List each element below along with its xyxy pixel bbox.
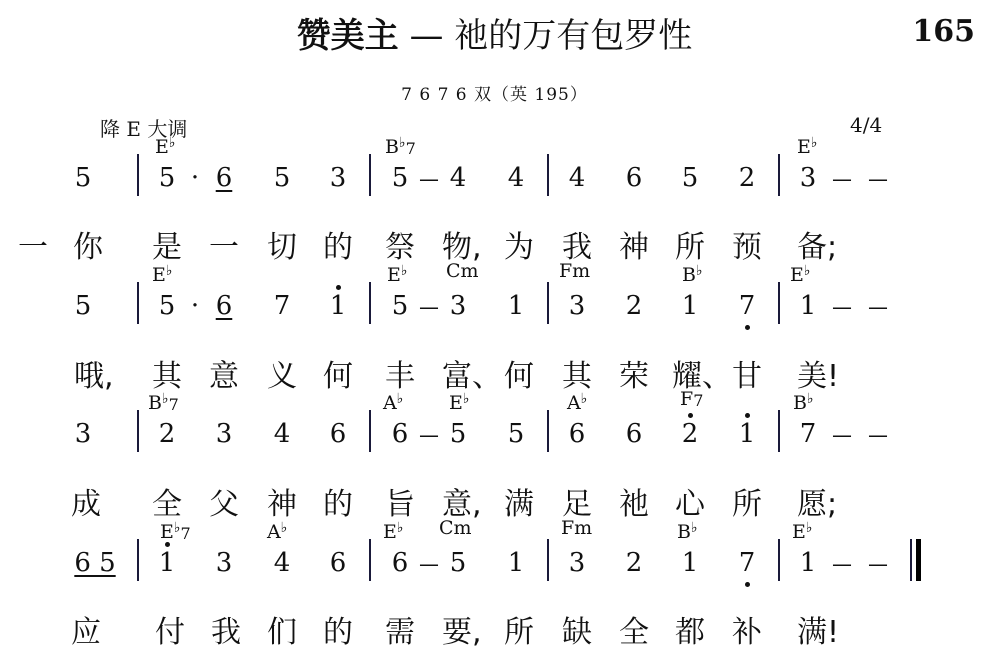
chord-root: E <box>160 521 174 543</box>
lyric-syllable: 的 <box>320 230 356 266</box>
jianpu-note: 3 <box>323 163 353 193</box>
flat-icon: ♭ <box>169 135 176 151</box>
jianpu-note: 7 <box>793 419 823 449</box>
flat-icon: ♭ <box>581 391 588 407</box>
note-value: 5 <box>274 163 291 193</box>
barline <box>547 282 549 324</box>
jianpu-note: 1 <box>793 548 823 578</box>
jianpu-note: 3 <box>209 419 239 449</box>
note-value: 3 <box>330 163 347 193</box>
jianpu-note: 6 <box>385 419 415 449</box>
hymn-title-subtitle: — 祂的万有包罗性 <box>399 16 693 56</box>
barline <box>369 282 371 324</box>
note-value: 3 <box>75 419 92 449</box>
lyric-syllable: 义 <box>264 359 300 395</box>
lyric-syllable: 应 <box>68 615 104 651</box>
flat-icon: ♭ <box>806 520 813 536</box>
note-value: 4 <box>450 163 467 193</box>
chord-extension: 7 <box>169 395 179 414</box>
lyric-syllable: 补 <box>729 615 765 651</box>
barline <box>137 410 139 452</box>
dotted-rhythm: · <box>180 291 210 321</box>
jianpu-note: 5 <box>675 163 705 193</box>
jianpu-note: 4 <box>501 163 531 193</box>
note-value: 5 <box>75 291 92 321</box>
note-extension-dash: — <box>414 548 444 579</box>
note-value: 7 <box>800 419 817 449</box>
jianpu-note: 5 <box>385 291 415 321</box>
jianpu-note: 5 <box>68 163 98 193</box>
note-value: 4 <box>569 163 586 193</box>
lyric-syllable: 为 <box>501 230 537 266</box>
note-value: 2 <box>626 291 643 321</box>
note-value: — <box>419 167 439 191</box>
hymn-title: 赞美主 — 祂的万有包罗性 <box>0 14 989 58</box>
chord-symbol: E♭ <box>383 517 403 543</box>
lyric-syllable: 全 <box>616 615 652 651</box>
note-value: — <box>419 423 439 447</box>
note-value: · <box>191 291 199 321</box>
note-value: 4 <box>274 548 291 578</box>
jianpu-note: 1 <box>732 419 762 449</box>
chord-symbol: E♭ <box>797 132 817 158</box>
jianpu-note: 6 <box>209 163 239 193</box>
jianpu-note: 5 <box>68 291 98 321</box>
jianpu-note: 3 <box>793 163 823 193</box>
note-value: 6 <box>626 419 643 449</box>
jianpu-note: 5 <box>385 163 415 193</box>
note-value: 3 <box>569 548 586 578</box>
jianpu-note: 5 <box>501 419 531 449</box>
jianpu-note: 7 <box>732 291 762 321</box>
jianpu-note: 6 <box>209 291 239 321</box>
note-value: 1 <box>739 419 756 449</box>
note-value: 1 <box>800 291 817 321</box>
chord-symbol: F7 <box>680 388 703 412</box>
chord-symbol: B♭ <box>677 517 698 543</box>
lyric-syllable: 你 <box>70 230 106 266</box>
jianpu-note: 6 <box>385 548 415 578</box>
note-value: 2 <box>159 419 176 449</box>
chord-root: E <box>797 136 811 158</box>
note-value: 5 <box>450 419 467 449</box>
note-value: 1 <box>508 548 525 578</box>
time-signature: 4/4 <box>850 113 882 137</box>
chord-root: Cm <box>446 260 479 282</box>
jianpu-note: 4 <box>443 163 473 193</box>
note-extension-dash: — <box>414 291 444 322</box>
jianpu-note: 4 <box>267 419 297 449</box>
chord-extension: 7 <box>180 524 190 543</box>
note-value: 4 <box>508 163 525 193</box>
chord-root: E <box>790 264 804 286</box>
flat-icon: ♭ <box>399 135 406 151</box>
octave-up-dot <box>745 413 750 418</box>
note-value: 6 <box>626 163 643 193</box>
lyric-syllable: 父 <box>206 487 242 523</box>
meter-info: 7 6 7 6 双（英 195） <box>0 80 989 105</box>
lyric-syllable: 都 <box>672 615 708 651</box>
octave-up-dot <box>688 413 693 418</box>
flat-icon: ♭ <box>166 263 173 279</box>
chord-symbol: A♭ <box>383 388 403 414</box>
chord-symbol: E♭ <box>152 260 172 286</box>
note-value: 4 <box>274 419 291 449</box>
lyric-syllable: 们 <box>264 615 300 651</box>
chord-root: A <box>567 392 581 414</box>
note-extension-dash: — <box>827 548 857 579</box>
lyric-syllable: 何 <box>501 359 537 395</box>
note-extension-dash: — <box>414 419 444 450</box>
jianpu-note: 1 <box>675 548 705 578</box>
chord-root: E <box>152 264 166 286</box>
note-value: — <box>419 552 439 576</box>
chord-root: F <box>680 388 693 410</box>
note-extension-dash: — <box>827 291 857 322</box>
jianpu-note: 7 <box>267 291 297 321</box>
chord-symbol: A♭ <box>267 517 287 543</box>
jianpu-note: 1 <box>152 548 182 578</box>
note-value: 1 <box>508 291 525 321</box>
flat-icon: ♭ <box>397 520 404 536</box>
chord-symbol: E♭ <box>387 260 407 286</box>
lyric-syllable: 神 <box>616 230 652 266</box>
chord-symbol: Cm <box>446 260 479 282</box>
note-extension-dash: — <box>863 291 893 322</box>
flat-icon: ♭ <box>281 520 288 536</box>
lyric-syllable: 我 <box>208 615 244 651</box>
chord-symbol: A♭ <box>567 388 587 414</box>
lyric-syllable: 一 <box>15 230 51 266</box>
jianpu-note: 2 <box>675 419 705 449</box>
note-extension-dash: — <box>863 419 893 450</box>
chord-symbol: B♭7 <box>385 132 416 160</box>
chord-symbol: E♭ <box>790 260 810 286</box>
note-value: 1 <box>682 548 699 578</box>
lyric-syllable: 需 <box>382 615 418 651</box>
note-value: — <box>832 552 852 576</box>
note-value: 6 <box>392 548 409 578</box>
hymn-title-main: 赞美主 <box>297 16 399 56</box>
jianpu-note: 6 <box>619 419 649 449</box>
note-value: 7 <box>739 548 756 578</box>
lyric-syllable: 付 <box>152 615 188 651</box>
note-value: 1 <box>330 291 347 321</box>
jianpu-note: 2 <box>619 548 649 578</box>
lyric-syllable: 何 <box>320 359 356 395</box>
lyric-syllable: 满 <box>501 487 537 523</box>
chord-symbol: E♭7 <box>160 517 191 545</box>
chord-symbol: B♭ <box>682 260 703 286</box>
jianpu-note: 1 <box>675 291 705 321</box>
note-value: 1 <box>800 548 817 578</box>
barline <box>137 282 139 324</box>
jianpu-note: 6 <box>323 548 353 578</box>
note-value: 5 <box>682 163 699 193</box>
note-value: 7 <box>274 291 291 321</box>
barline <box>369 154 371 196</box>
note-value: · <box>191 163 199 193</box>
note-value: 6 <box>216 163 233 193</box>
flat-icon: ♭ <box>696 263 703 279</box>
note-value: 5 <box>392 291 409 321</box>
note-value: 7 <box>739 291 756 321</box>
barline <box>369 539 371 581</box>
note-value: 6 <box>330 548 347 578</box>
chord-root: A <box>383 392 397 414</box>
chord-root: E <box>387 264 401 286</box>
chord-root: Fm <box>561 517 592 539</box>
note-value: 3 <box>450 291 467 321</box>
flat-icon: ♭ <box>162 391 169 407</box>
jianpu-note: 1 <box>323 291 353 321</box>
note-value: 3 <box>569 291 586 321</box>
note-value: 1 <box>159 548 176 578</box>
note-extension-dash: — <box>863 163 893 194</box>
final-double-barline <box>910 539 920 581</box>
note-extension-dash: — <box>827 163 857 194</box>
jianpu-note: 4 <box>562 163 592 193</box>
lyric-syllable: 甘 <box>729 359 765 395</box>
barline <box>778 410 780 452</box>
note-value: 2 <box>682 419 699 449</box>
jianpu-note: 6 <box>562 419 592 449</box>
note-value: — <box>868 552 888 576</box>
note-value: 3 <box>216 419 233 449</box>
lyric-syllable: 的 <box>320 615 356 651</box>
note-value: 5 <box>159 163 176 193</box>
jianpu-note: 4 <box>267 548 297 578</box>
page-number: 165 <box>912 14 975 49</box>
octave-down-dot <box>745 325 750 330</box>
jianpu-note: 6 <box>323 419 353 449</box>
barline <box>778 154 780 196</box>
lyric-syllable: 预 <box>729 230 765 266</box>
flat-icon: ♭ <box>807 391 814 407</box>
lyric-syllable: 所 <box>729 487 765 523</box>
lyric-syllable: 要, <box>442 615 478 651</box>
note-value: 5 <box>450 548 467 578</box>
jianpu-note: 3 <box>68 419 98 449</box>
note-value: — <box>832 167 852 191</box>
chord-root: B <box>148 392 162 414</box>
note-value: 6 5 <box>74 548 115 578</box>
note-value: — <box>419 295 439 319</box>
jianpu-note: 5 <box>443 548 473 578</box>
note-value: 3 <box>216 548 233 578</box>
lyric-syllable: 切 <box>264 230 300 266</box>
barline <box>778 282 780 324</box>
jianpu-note: 3 <box>562 291 592 321</box>
barline <box>547 410 549 452</box>
octave-down-dot <box>745 582 750 587</box>
jianpu-note: 5 <box>152 291 182 321</box>
note-value: 1 <box>682 291 699 321</box>
barline <box>137 539 139 581</box>
flat-icon: ♭ <box>463 391 470 407</box>
note-value: 6 <box>392 419 409 449</box>
flat-icon: ♭ <box>811 135 818 151</box>
chord-root: B <box>682 264 696 286</box>
jianpu-note: 5 <box>443 419 473 449</box>
octave-up-dot <box>336 285 341 290</box>
chord-symbol: B♭7 <box>148 388 179 416</box>
lyric-syllable: 祂 <box>616 487 652 523</box>
jianpu-note: 3 <box>562 548 592 578</box>
note-value: 2 <box>626 548 643 578</box>
note-extension-dash: — <box>863 548 893 579</box>
barline <box>547 154 549 196</box>
flat-icon: ♭ <box>401 263 408 279</box>
chord-symbol: Fm <box>559 260 590 282</box>
lyric-syllable: 哦, <box>74 359 110 395</box>
jianpu-note: 1 <box>501 548 531 578</box>
flat-icon: ♭ <box>804 263 811 279</box>
chord-root: E <box>383 521 397 543</box>
chord-root: E <box>792 521 806 543</box>
chord-root: Cm <box>439 517 472 539</box>
note-value: 5 <box>159 291 176 321</box>
lyric-syllable: 成 <box>68 487 104 523</box>
note-value: 6 <box>569 419 586 449</box>
lyric-syllable: 意 <box>206 359 242 395</box>
chord-root: E <box>449 392 463 414</box>
lyric-syllable: 一 <box>206 230 242 266</box>
flat-icon: ♭ <box>691 520 698 536</box>
chord-extension: 7 <box>693 391 703 410</box>
chord-root: Fm <box>559 260 590 282</box>
note-value: 5 <box>392 163 409 193</box>
chord-root: B <box>385 136 399 158</box>
chord-symbol: Cm <box>439 517 472 539</box>
dotted-rhythm: · <box>180 163 210 193</box>
note-value: 5 <box>508 419 525 449</box>
barline <box>369 410 371 452</box>
note-value: — <box>832 295 852 319</box>
note-value: — <box>868 423 888 447</box>
note-value: — <box>832 423 852 447</box>
chord-root: B <box>677 521 691 543</box>
jianpu-note: 5 <box>267 163 297 193</box>
note-value: 6 <box>216 291 233 321</box>
note-value: 5 <box>75 163 92 193</box>
chord-symbol: E♭ <box>449 388 469 414</box>
jianpu-note: 5 <box>152 163 182 193</box>
jianpu-note: 1 <box>793 291 823 321</box>
chord-symbol: B♭ <box>793 388 814 414</box>
note-extension-dash: — <box>414 163 444 194</box>
lyric-syllable: 所 <box>501 615 537 651</box>
jianpu-note: 2 <box>152 419 182 449</box>
note-value: 2 <box>739 163 756 193</box>
jianpu-note: 3 <box>443 291 473 321</box>
lyric-syllable: 满! <box>797 615 833 651</box>
jianpu-note: 3 <box>209 548 239 578</box>
jianpu-note: 1 <box>501 291 531 321</box>
barline <box>778 539 780 581</box>
note-extension-dash: — <box>827 419 857 450</box>
chord-extension: 7 <box>406 139 416 158</box>
chord-symbol: E♭ <box>792 517 812 543</box>
barline <box>547 539 549 581</box>
note-value: 3 <box>800 163 817 193</box>
chord-symbol: E♭ <box>155 132 175 158</box>
lyric-syllable: 的 <box>320 487 356 523</box>
chord-root: E <box>155 136 169 158</box>
flat-icon: ♭ <box>397 391 404 407</box>
note-value: 6 <box>330 419 347 449</box>
chord-root: B <box>793 392 807 414</box>
note-value: — <box>868 295 888 319</box>
jianpu-note: 2 <box>619 291 649 321</box>
chord-symbol: Fm <box>561 517 592 539</box>
jianpu-note: 6 5 <box>70 548 120 578</box>
chord-root: A <box>267 521 281 543</box>
jianpu-note: 2 <box>732 163 762 193</box>
note-value: — <box>868 167 888 191</box>
jianpu-note: 6 <box>619 163 649 193</box>
lyric-syllable: 荣 <box>616 359 652 395</box>
lyric-syllable: 缺 <box>559 615 595 651</box>
jianpu-note: 7 <box>732 548 762 578</box>
barline <box>137 154 139 196</box>
